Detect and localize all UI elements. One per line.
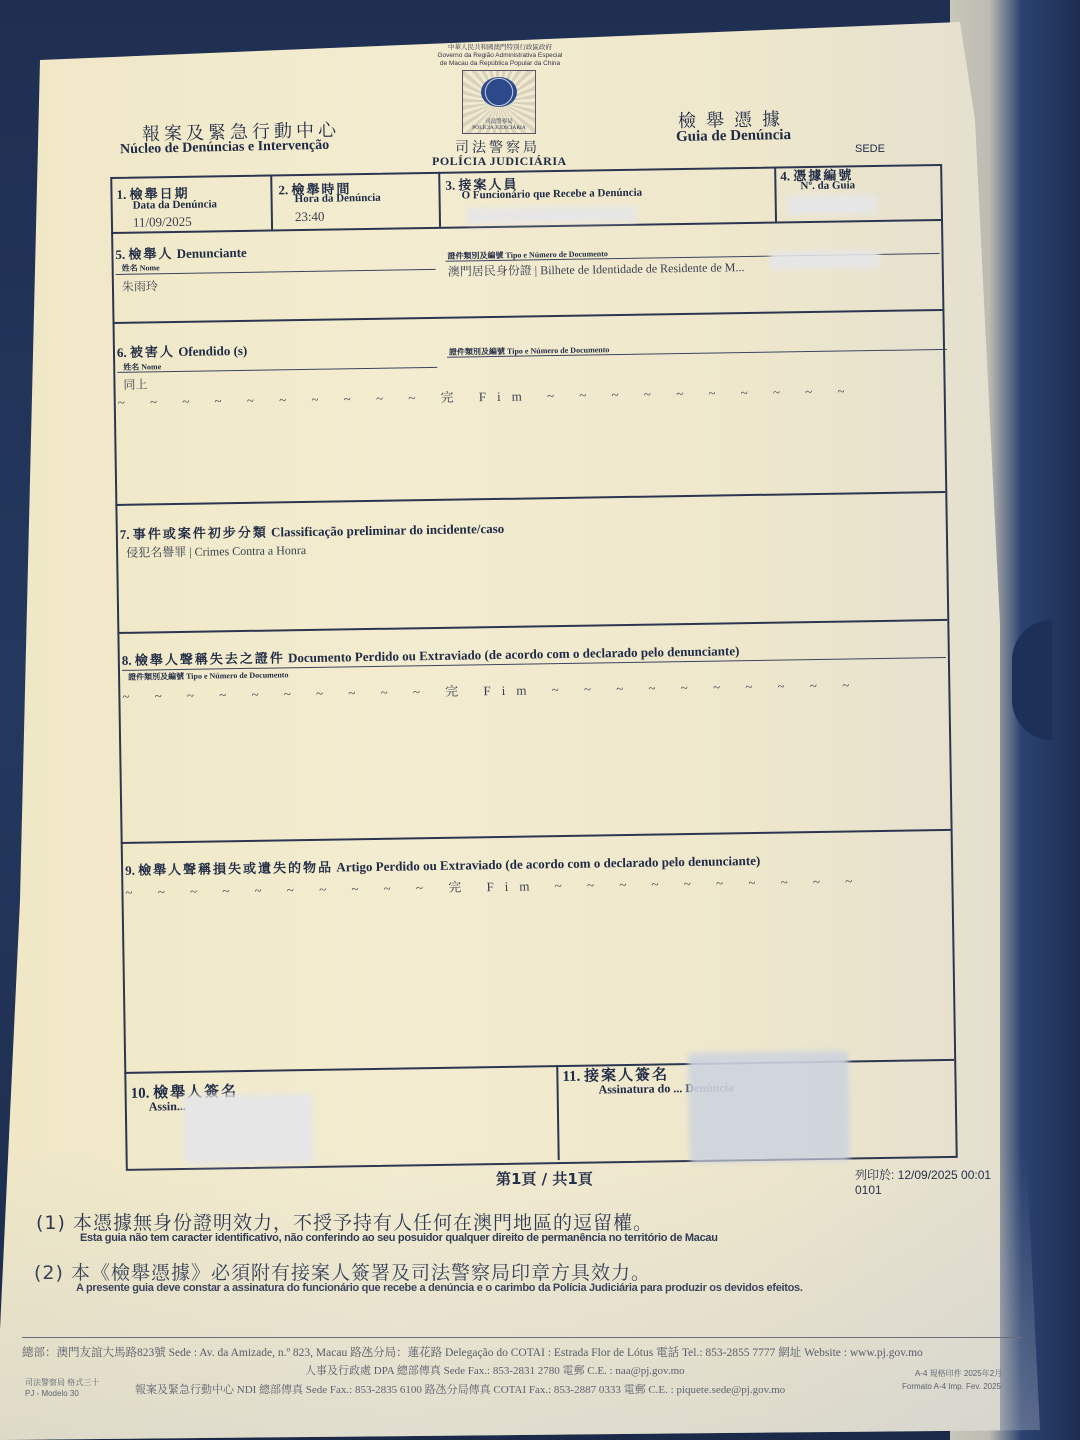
footer-ndi-line: 報案及緊急行動中心 NDI 總部傳真 Sede Fax.: 853-2835 6…: [135, 1381, 785, 1397]
victim-name-value: 同上: [123, 375, 147, 392]
print-spec-zh: A-4 規格印件 2025年2月: [915, 1368, 1002, 1379]
emblem-caption-pt: POLÍCIA JUDICIÁRIA: [463, 125, 535, 131]
complainant-signature-redacted: [183, 1093, 314, 1165]
field-2-label-pt: Hora da Denúncia: [295, 192, 381, 205]
footer-address-line: 總部：澳門友誼大馬路823號 Sede : Av. da Amizade, n.…: [22, 1344, 923, 1360]
field-5-label: 5. 檢舉人 Denunciante: [115, 242, 247, 263]
document-number-redacted: [769, 250, 879, 270]
print-spec-pt: Formato A-4 Imp. Fev. 2025: [902, 1382, 1001, 1391]
document-title-pt: Guia de Denúncia: [676, 127, 791, 146]
field-10-label-pt: Assin...: [149, 1099, 186, 1115]
report-date-value: 11/09/2025: [133, 214, 192, 231]
officer-name-redacted: [467, 206, 637, 225]
page-number: 第1頁 / 共1頁: [496, 1168, 593, 1189]
government-line-pt-1: Governo da Região Administrativa Especia…: [405, 52, 595, 60]
field-6-label: 6. 被害人 Ofendido (s): [117, 340, 248, 361]
unit-name-pt: Núcleo de Denúncias e Intervenção: [120, 138, 329, 158]
macau-seal-icon: [481, 77, 517, 107]
report-time-value: 23:40: [295, 209, 325, 225]
guide-number-redacted: [787, 194, 877, 215]
note-2-pt: A presente guia deve constar a assinatur…: [76, 1282, 803, 1294]
form-code-zh: 司法警察局 格式三十: [25, 1377, 99, 1388]
note-1-zh: (1) 本憑據無身份證明效力，不授予持有人任何在澳門地區的逗留權。: [36, 1208, 653, 1235]
government-line-pt-2: de Macau da República Popular da China: [405, 60, 595, 68]
footer-dpa-line: 人事及行政處 DPA 總部傳真 Sede Fax.: 853-2831 2780…: [305, 1362, 685, 1378]
report-form: 1. 檢舉日期 Data da Denúncia 11/09/2025 2. 檢…: [48, 147, 1054, 1172]
government-line-zh: 中華人民共和國澳門特別行政區政府: [405, 44, 595, 52]
printed-timestamp: 列印於: 12/09/2025 00:01 0101: [855, 1166, 1000, 1197]
note-2-zh: (2) 本《檢舉憑據》必須附有接案人簽署及司法警察局印章方具效力。: [34, 1258, 651, 1285]
field-1-label-pt: Data da Denúncia: [133, 198, 218, 211]
document-page: 中華人民共和國澳門特別行政區政府 Governo da Região Admin…: [0, 0, 1000, 1440]
field-4-label-pt: Nº. da Guia: [800, 179, 855, 192]
footer-divider: [22, 1337, 1022, 1338]
complainant-name-value: 朱雨玲: [122, 277, 158, 295]
field-5-name-label: 姓名 Nome: [122, 262, 160, 274]
case-classification-value: 侵犯名譽罪 | Crimes Contra a Honra: [126, 541, 306, 561]
binder-tab: [1012, 620, 1052, 740]
officer-signature-stamp-redacted: [688, 1051, 850, 1163]
note-1-pt: Esta guia não tem caracter identificativ…: [80, 1232, 718, 1244]
form-code-pt: PJ - Modelo 30: [25, 1389, 79, 1398]
police-emblem-icon: 司法警察局 POLÍCIA JUDICIÁRIA: [462, 70, 536, 134]
government-heading: 中華人民共和國澳門特別行政區政府 Governo da Região Admin…: [405, 44, 595, 68]
